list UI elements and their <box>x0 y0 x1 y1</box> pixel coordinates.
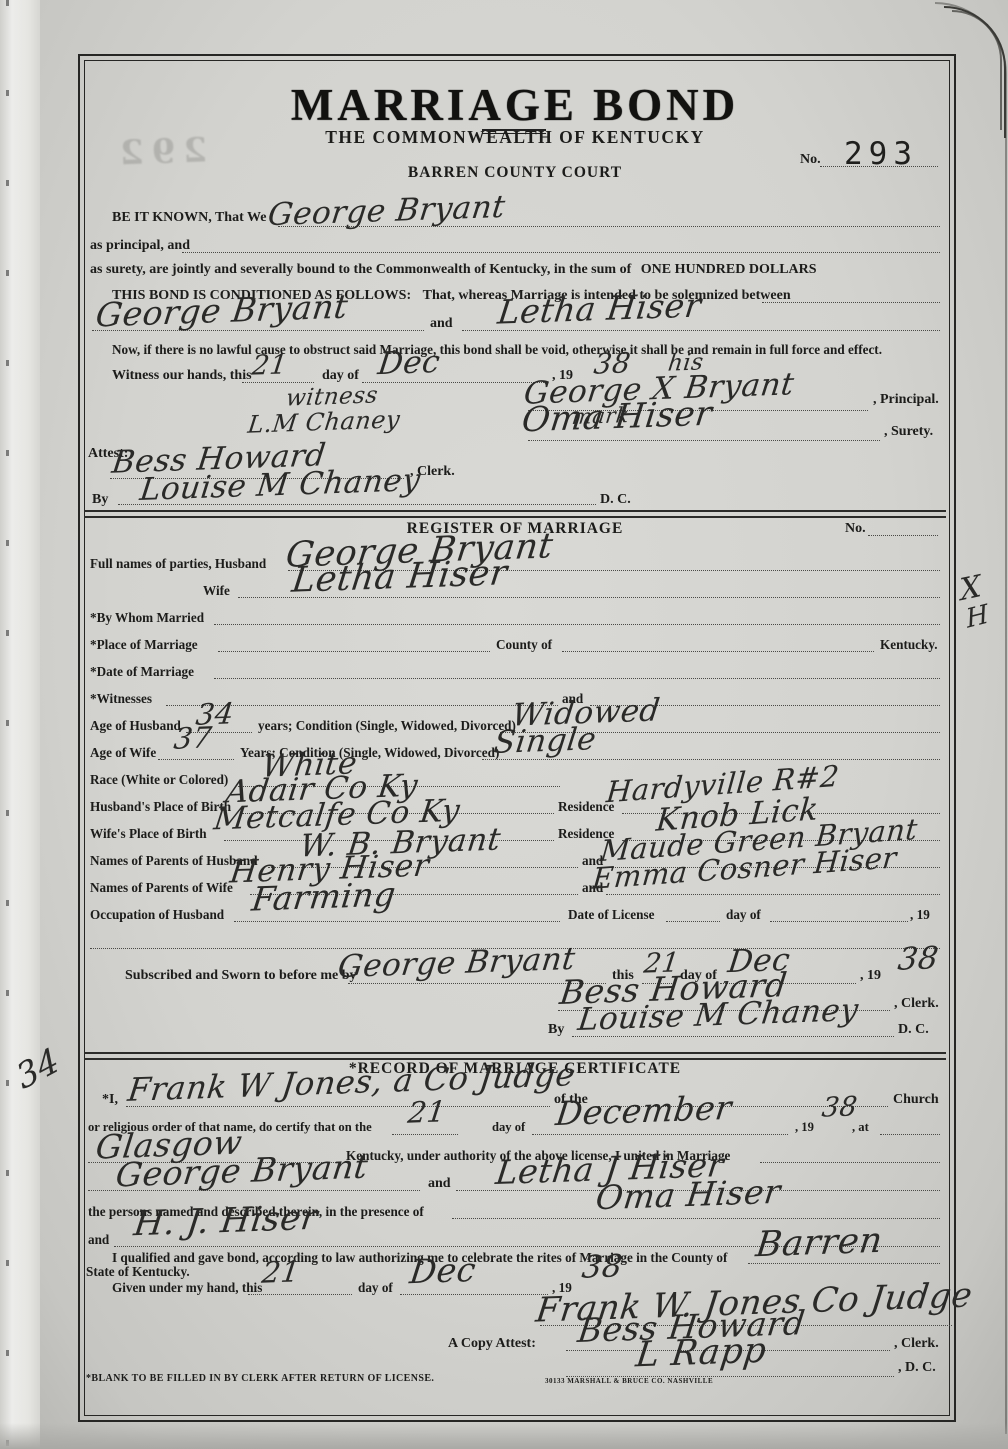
sworn-label: Subscribed and Sworn to before me by <box>125 968 357 984</box>
cert-witness2-value: H. J. Hiser <box>132 1201 320 1242</box>
witness-name-handwriting: L.M Chaney <box>247 407 402 436</box>
cert-day-value: 21 <box>406 1097 447 1127</box>
section-divider <box>84 510 946 518</box>
cert-year-prefix: , 19 <box>795 1120 814 1134</box>
age-wife-line <box>158 759 234 760</box>
scan-shadow <box>0 1423 1008 1449</box>
register-no-line <box>868 535 938 536</box>
presence-line <box>452 1218 940 1219</box>
register-no-label: No. <box>845 521 866 537</box>
church-label: Church <box>893 1092 939 1108</box>
principal-name-handwriting: George Bryant <box>266 192 507 231</box>
register-clerk-label: , Clerk. <box>894 996 939 1012</box>
witness-hands-label: Witness our hands, this <box>112 368 252 384</box>
wife-condition-value: Single <box>492 724 598 759</box>
cert-county-value: Barren <box>754 1224 885 1264</box>
place-line <box>218 651 490 652</box>
wife-label: Wife <box>203 583 230 598</box>
occupation-value: Farming <box>250 877 398 915</box>
cert-day-of-label: day of <box>492 1120 525 1134</box>
license-day-of-label: day of <box>726 907 761 922</box>
license-day-line <box>666 921 720 922</box>
margin-note-h: H <box>965 601 991 632</box>
form-title: MARRIAGE BOND <box>78 80 952 132</box>
day-line <box>242 382 314 383</box>
race-label: Race (White or Colored) <box>90 772 228 787</box>
day-handwriting: 21 <box>250 351 289 379</box>
given-month-value: Dec <box>408 1253 478 1288</box>
given-month-line <box>400 1294 548 1295</box>
bond-by-label: By <box>92 492 108 508</box>
husband-birth-label: Husband's Place of Birth <box>90 799 231 814</box>
surety-name-line <box>182 252 940 253</box>
cert-and2-label: and <box>88 1232 109 1247</box>
cert-clerk-label: , Clerk. <box>894 1336 939 1352</box>
register-deputy-line <box>572 1036 894 1037</box>
bond-deputy-line <box>118 504 596 505</box>
cert-at-label: , at <box>852 1120 869 1134</box>
cert-groom-value: George Bryant <box>114 1150 370 1192</box>
court-heading: BARREN COUNTY COURT <box>78 164 952 182</box>
place-of-marriage-label: *Place of Marriage <box>90 637 198 652</box>
cert-deputy-signature: L Rapp <box>634 1334 768 1374</box>
age-wife-label: Age of Wife <box>90 745 156 760</box>
and-label-bond: and <box>430 316 453 332</box>
groom-name-handwriting: George Bryant <box>94 290 350 332</box>
cert-dc-label: , D. C. <box>898 1360 936 1376</box>
license-month-line <box>770 921 908 922</box>
sworn-year-value: 38 <box>896 943 940 976</box>
county-line <box>562 651 874 652</box>
cert-i-label: *I, <box>102 1092 118 1108</box>
bride-name-handwriting: Letha Hiser <box>496 288 703 328</box>
torn-page-edge <box>0 0 40 1449</box>
month-handwriting: Dec <box>376 347 442 380</box>
scanned-marriage-bond-page: 292 34 X H MARRIAGE BOND THE COMMONWEALT… <box>0 0 1008 1449</box>
by-whom-married-label: *By Whom Married <box>90 610 204 625</box>
cert-day-line <box>392 1134 458 1135</box>
surety-clause: as surety, are jointly and severally bou… <box>90 262 817 278</box>
printer-imprint: 30133 MARSHALL & BRUCE CO. NASHVILLE <box>545 1377 713 1385</box>
cert-and-label: and <box>428 1176 451 1192</box>
occupation-line <box>234 921 560 922</box>
state-clause: State of Kentucky. <box>86 1264 190 1279</box>
copy-attest-label: A Copy Attest: <box>448 1336 536 1352</box>
cert-month-value: December <box>554 1091 734 1130</box>
principal-label: , Principal. <box>873 392 939 408</box>
register-dc-label: D. C. <box>898 1022 929 1038</box>
void-clause: Now, if there is no lawful cause to obst… <box>112 342 882 357</box>
age-wife-value: 37 <box>172 723 213 753</box>
given-day-of-label: day of <box>358 1280 393 1295</box>
county-of-label: County of <box>496 637 552 652</box>
surety-clause-text: as surety, are jointly and severally bou… <box>90 262 631 277</box>
page-curl-line <box>952 10 1002 130</box>
cert-witness1-value: Oma Hiser <box>594 1175 783 1215</box>
month-line <box>362 382 548 383</box>
age-husband-cond-label: years; Condition (Single, Widowed, Divor… <box>258 718 516 733</box>
surety-label: , Surety. <box>884 424 933 440</box>
sworn-year-prefix: , 19 <box>860 968 881 984</box>
sworn-name-value: George Bryant <box>336 944 577 983</box>
given-day-line <box>248 1294 352 1295</box>
by-whom-line <box>214 624 940 625</box>
surety-signature: Oma Hiser <box>520 397 714 438</box>
age-husband-label: Age of Husband <box>90 718 181 733</box>
be-it-known-label: BE IT KNOWN, That We <box>112 210 266 226</box>
kentucky-label: Kentucky. <box>880 637 938 652</box>
license-label: Date of License <box>568 907 654 922</box>
register-wife-name: Letha Hiser <box>290 556 509 599</box>
given-clause: Given under my hand, this <box>112 1280 262 1295</box>
wife-birth-label: Wife's Place of Birth <box>90 826 207 841</box>
wife-mother-line <box>606 894 940 895</box>
witnesses-label: *Witnesses <box>90 691 152 706</box>
sum-amount: ONE HUNDRED DOLLARS <box>641 262 817 277</box>
cert-at-line <box>880 1134 940 1135</box>
surety-signature-line <box>528 440 880 441</box>
date-line <box>214 678 940 679</box>
given-year-value: 38 <box>580 1251 624 1284</box>
as-principal-label: as principal, and <box>90 238 190 254</box>
cert-year-value: 38 <box>820 1093 859 1121</box>
register-by-label: By <box>548 1022 564 1038</box>
full-names-label: Full names of parties, Husband <box>90 556 266 571</box>
given-day-value: 21 <box>260 1257 301 1287</box>
day-of-label: day of <box>322 368 359 384</box>
commonwealth-heading: THE COMMONWEALTH OF KENTUCKY <box>78 127 952 147</box>
bond-dc-label: D. C. <box>600 492 631 508</box>
date-of-marriage-label: *Date of Marriage <box>90 664 194 679</box>
blank-footnote: *BLANK TO BE FILLED IN BY CLERK AFTER RE… <box>86 1373 434 1385</box>
occupation-label: Occupation of Husband <box>90 907 224 922</box>
wife-cond-line <box>482 759 940 760</box>
authority-line <box>760 1162 940 1163</box>
condition-line-dots <box>762 302 940 303</box>
wife-parents-label: Names of Parents of Wife <box>90 880 233 895</box>
cert-month-line <box>532 1134 788 1135</box>
license-year-label: , 19 <box>910 907 930 922</box>
